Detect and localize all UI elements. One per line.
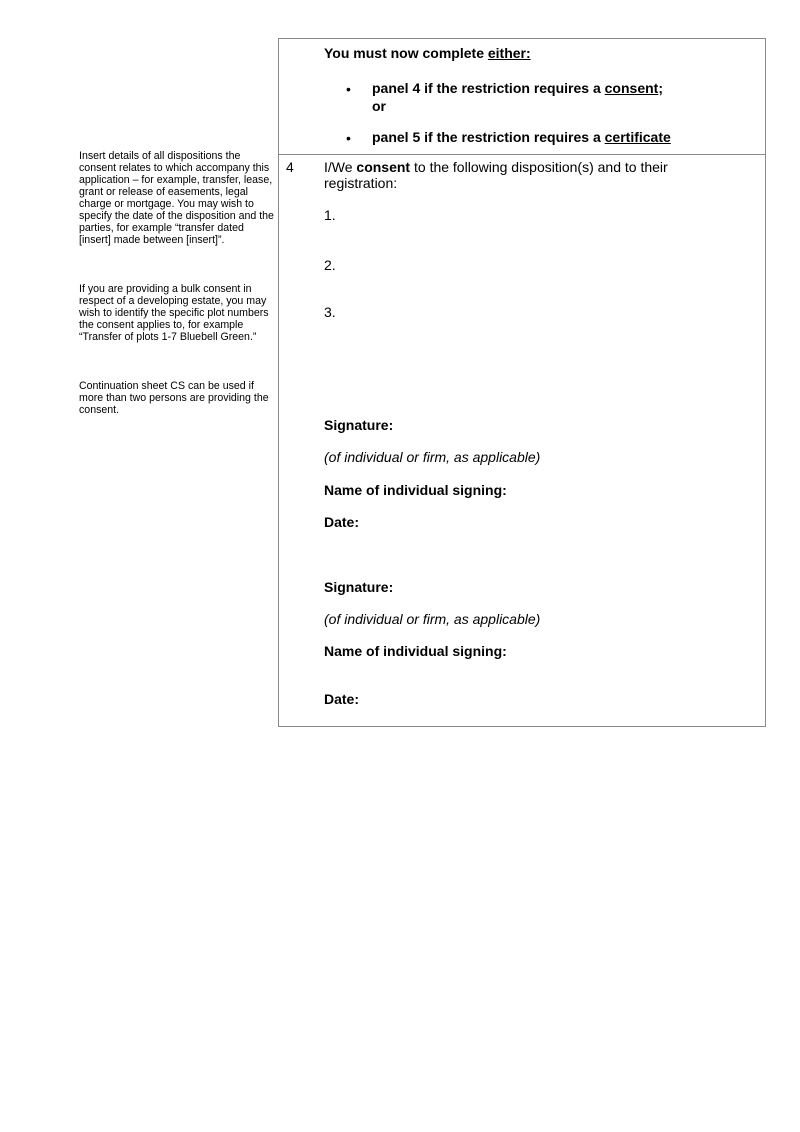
- capacity-note-2: (of individual or firm, as applicable): [324, 611, 540, 628]
- bullet-icon: •: [346, 130, 351, 146]
- bullet-icon: •: [346, 81, 351, 97]
- option-or: or: [372, 98, 386, 115]
- panel-number: 4: [286, 159, 294, 176]
- sidebar-note-continuation: Continuation sheet CS can be used if mor…: [79, 380, 275, 416]
- panel-4: 4 I/We consent to the following disposit…: [278, 154, 766, 727]
- name-label-1[interactable]: Name of individual signing:: [324, 482, 507, 499]
- disposition-item-1[interactable]: 1.: [324, 207, 336, 224]
- option-panel-5: panel 5 if the restriction requires a ce…: [372, 129, 671, 146]
- capacity-note-1: (of individual or firm, as applicable): [324, 449, 540, 466]
- instruction-panel: You must now complete either: • panel 4 …: [278, 38, 766, 155]
- date-label-1[interactable]: Date:: [324, 514, 359, 531]
- signature-label-2[interactable]: Signature:: [324, 579, 393, 596]
- instruction-heading: You must now complete either:: [324, 45, 531, 62]
- sidebar-note-bulk-consent: If you are providing a bulk consent in r…: [79, 283, 275, 343]
- disposition-item-3[interactable]: 3.: [324, 304, 336, 321]
- option-panel-4: panel 4 if the restriction requires a co…: [372, 80, 663, 97]
- consent-statement-line2: registration:: [324, 175, 397, 192]
- disposition-item-2[interactable]: 2.: [324, 257, 336, 274]
- name-label-2[interactable]: Name of individual signing:: [324, 643, 507, 660]
- consent-statement: I/We consent to the following dispositio…: [324, 159, 668, 176]
- date-label-2[interactable]: Date:: [324, 691, 359, 708]
- signature-label-1[interactable]: Signature:: [324, 417, 393, 434]
- sidebar-note-dispositions: Insert details of all dispositions the c…: [79, 150, 275, 246]
